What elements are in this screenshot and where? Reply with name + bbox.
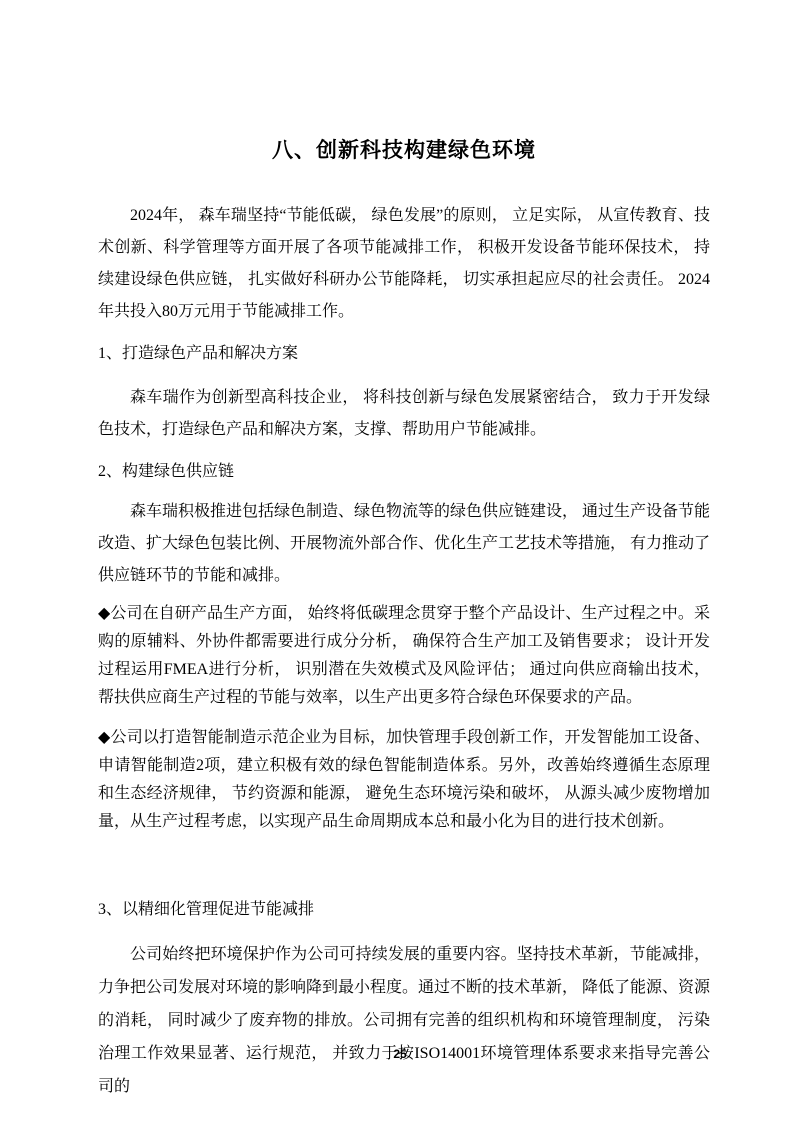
- bullet-paragraph-smart-manufacturing: ◆公司以打造智能制造示范企业为目标，加快管理手段创新工作，开发智能加工设备、申请…: [98, 724, 710, 836]
- section-1-heading: 1、打造绿色产品和解决方案: [98, 338, 710, 370]
- section-3-paragraph: 公司始终把环境保护作为公司可持续发展的重要内容。坚持技术革新，节能减排，力争把公…: [98, 938, 710, 1103]
- section-2-heading: 2、构建绿色供应链: [98, 456, 710, 488]
- page-title: 八、创新科技构建绿色环境: [98, 136, 710, 166]
- intro-paragraph: 2024年， 森车瑞坚持“节能低碳， 绿色发展”的原则， 立足实际， 从宣传教育…: [98, 200, 710, 328]
- section-3-heading: 3、以精细化管理促进节能减排: [98, 894, 710, 926]
- document-body: 八、创新科技构建绿色环境 2024年， 森车瑞坚持“节能低碳， 绿色发展”的原则…: [98, 0, 710, 1103]
- document-page: 八、创新科技构建绿色环境 2024年， 森车瑞坚持“节能低碳， 绿色发展”的原则…: [0, 0, 800, 1131]
- section-1-paragraph: 森车瑞作为创新型高科技企业， 将科技创新与绿色发展紧密结合， 致力于开发绿色技术…: [98, 382, 710, 446]
- page-number: 25: [0, 1046, 800, 1062]
- bullet-paragraph-production: ◆公司在自研产品生产方面， 始终将低碳理念贯穿于整个产品设计、生产过程之中。采购…: [98, 600, 710, 712]
- section-2-paragraph: 森车瑞积极推进包括绿色制造、绿色物流等的绿色供应链建设， 通过生产设备节能改造、…: [98, 496, 710, 592]
